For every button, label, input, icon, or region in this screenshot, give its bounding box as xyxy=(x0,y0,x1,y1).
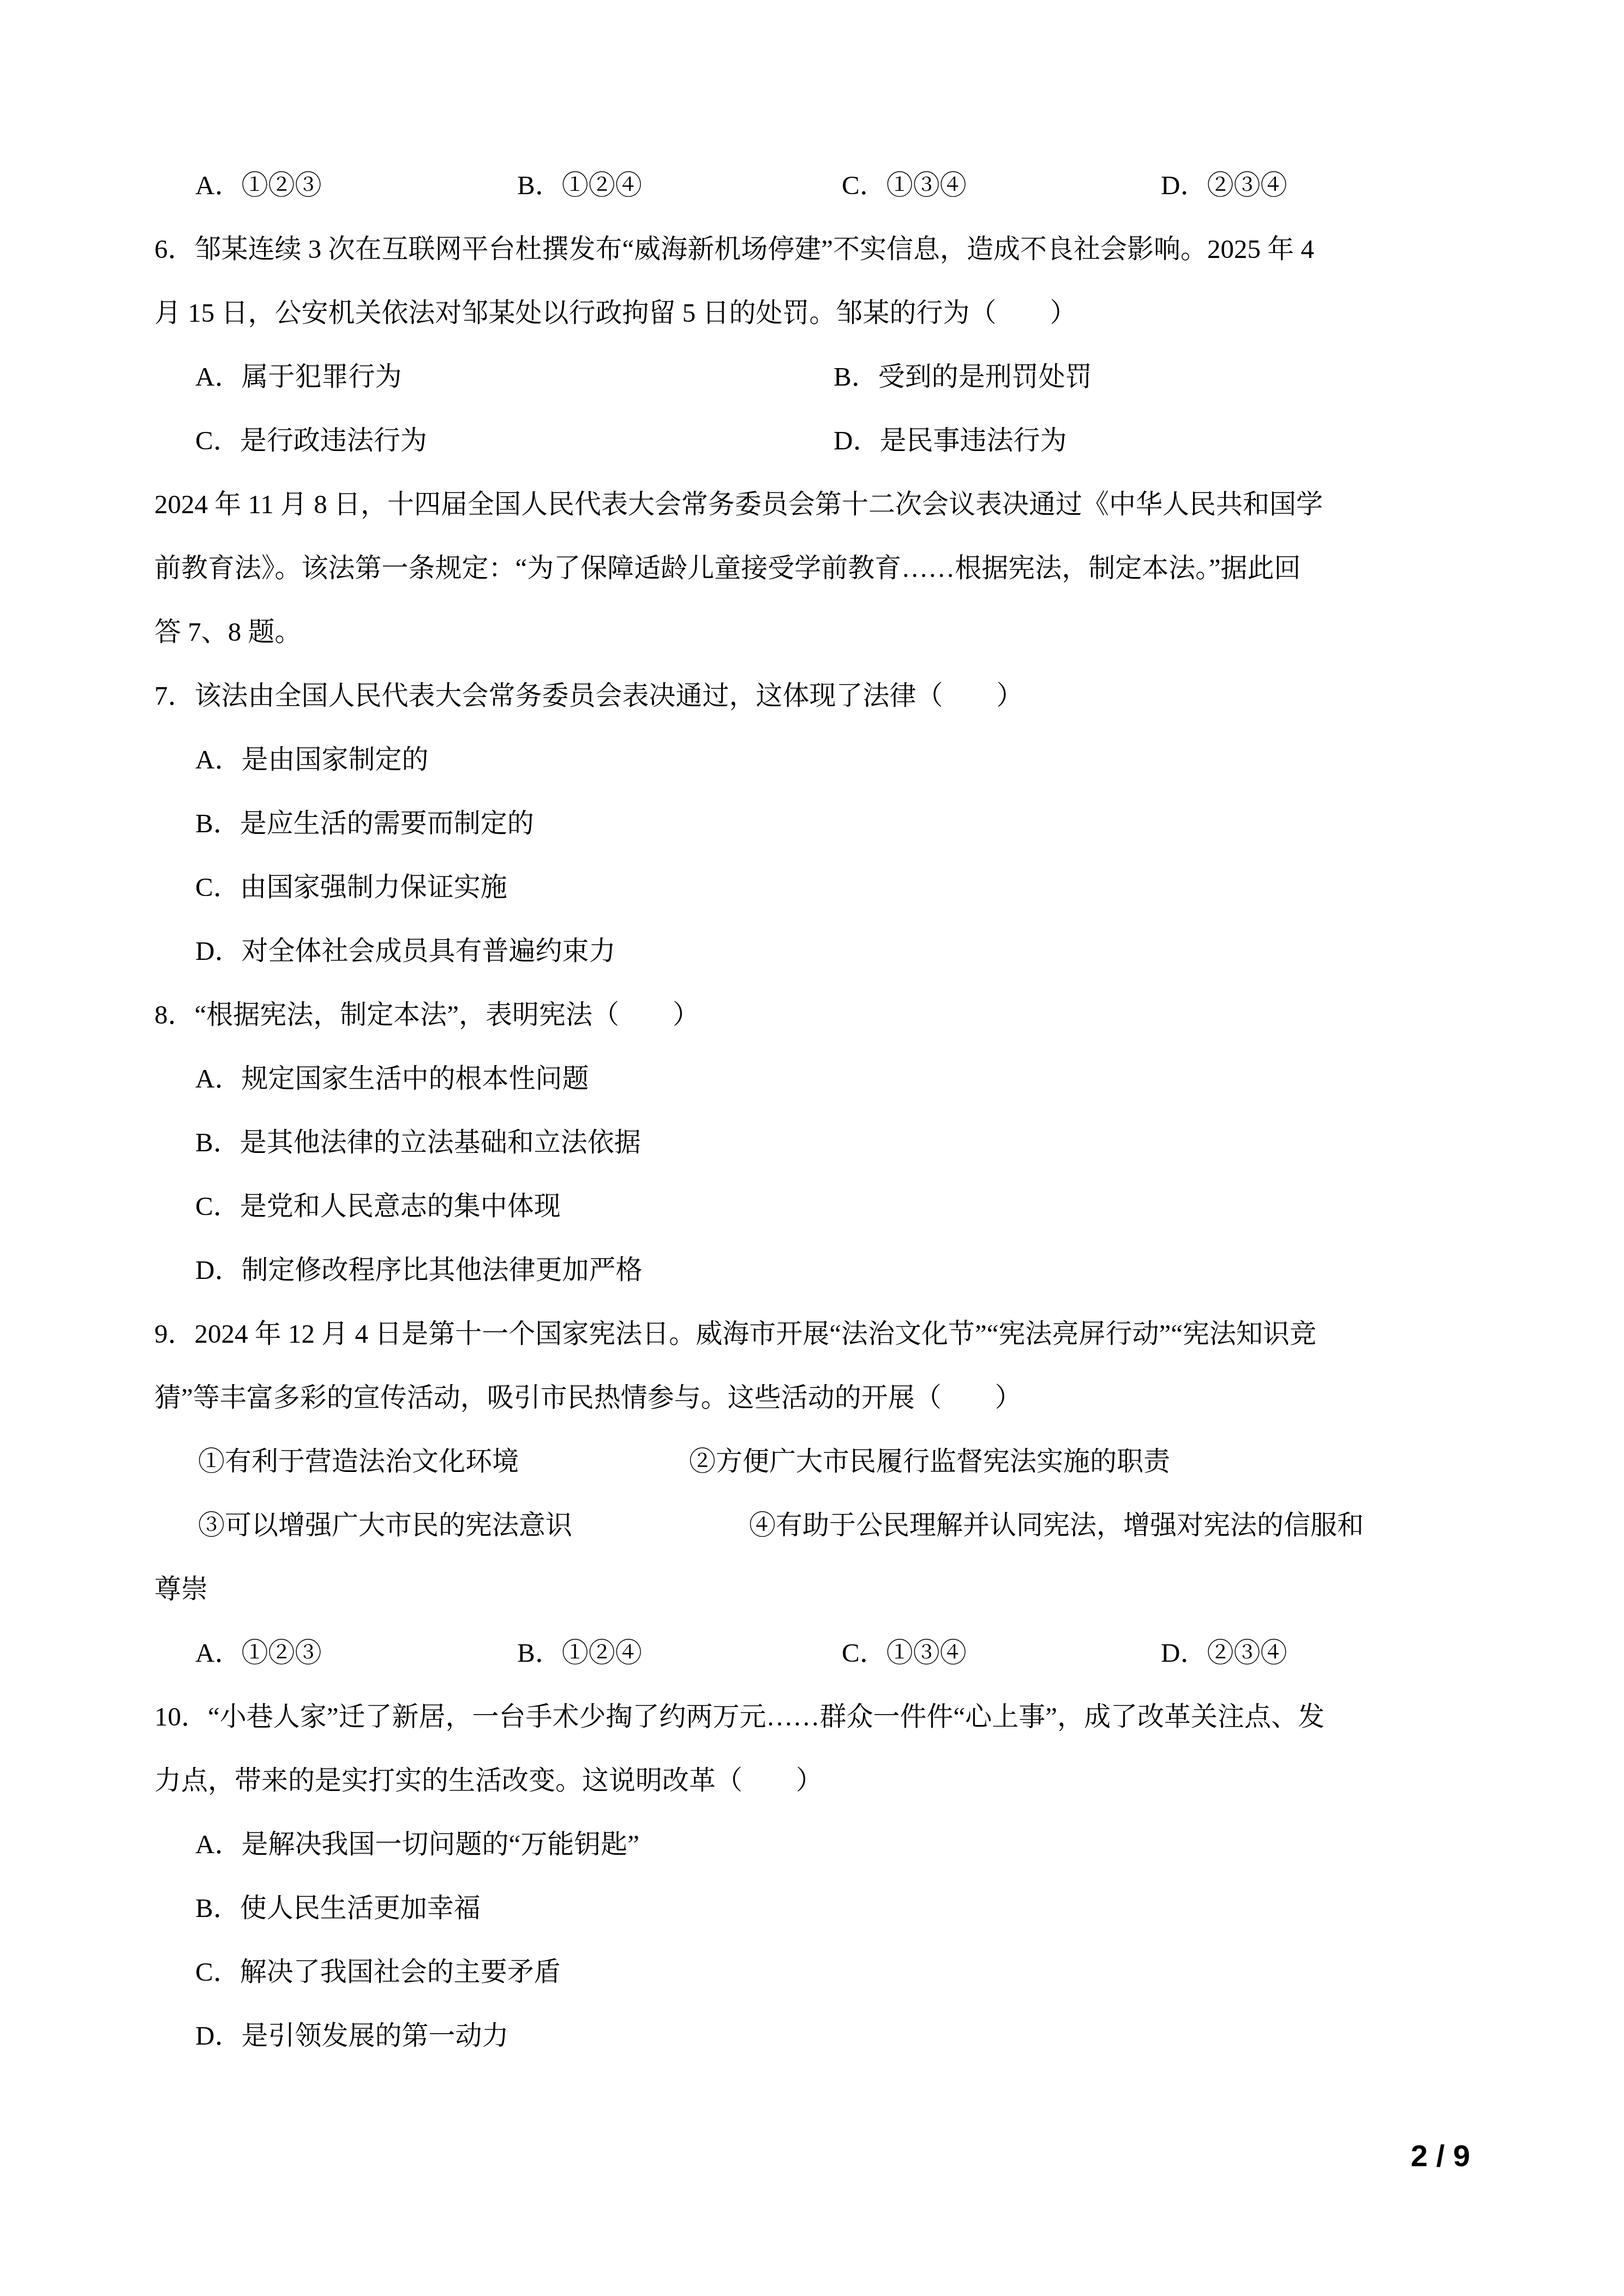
q10-option-row-c: C．解决了我国社会的主要矛盾 xyxy=(154,1940,1496,2004)
q7-option-b: B．是应生活的需要而制定的 xyxy=(195,791,534,855)
q10-stem-line1: 10．“小巷人家”迁了新居，一台手术少掏了约两万元……群众一件件“心上事”，成了… xyxy=(154,1685,1496,1748)
q8-stem: 8．“根据宪法，制定本法”，表明宪法（ ） xyxy=(154,983,1496,1047)
q9-item-2: ②方便广大市民履行监督宪法实施的职责 xyxy=(689,1429,1170,1493)
q7-stem: 7．该法由全国人民代表大会常务委员会表决通过，这体现了法律（ ） xyxy=(154,664,1496,728)
intro-7-8-line1: 2024 年 11 月 8 日，十四届全国人民代表大会常务委员会第十二次会议表决… xyxy=(154,472,1496,536)
q6-option-c: C．是行政违法行为 xyxy=(195,408,427,472)
q5-option-a: A．①②③ xyxy=(195,153,321,217)
q9-stem-text1: 9．2024 年 12 月 4 日是第十一个国家宪法日。威海市开展“法治文化节”… xyxy=(154,1319,1316,1349)
q9-stem-line2: 猜”等丰富多彩的宣传活动，吸引市民热情参与。这些活动的开展（ ） xyxy=(154,1366,1496,1429)
q6-options-row1: A．属于犯罪行为 B．受到的是刑罚处罚 xyxy=(154,345,1496,408)
q10-option-b: B．使人民生活更加幸福 xyxy=(195,1876,481,1940)
exam-page: { "colors": { "text": "#000000", "backgr… xyxy=(0,0,1624,2296)
q9-stem-text2: 猜”等丰富多彩的宣传活动，吸引市民热情参与。这些活动的开展（ ） xyxy=(154,1383,1022,1413)
q7-option-row-b: B．是应生活的需要而制定的 xyxy=(154,791,1496,855)
q10-stem-text2: 力点，带来的是实打实的生活改变。这说明改革（ ） xyxy=(154,1765,823,1795)
q10-option-row-a: A．是解决我国一切问题的“万能钥匙” xyxy=(154,1812,1496,1876)
q9-options-row: A．①②③ B．①②④ C．①③④ D．②③④ xyxy=(154,1621,1496,1685)
q8-option-b: B．是其他法律的立法基础和立法依据 xyxy=(195,1110,641,1174)
q9-option-a: A．①②③ xyxy=(195,1621,321,1685)
q6-stem-text2: 月 15 日，公安机关依法对邹某处以行政拘留 5 日的处罚。邹某的行为（ ） xyxy=(154,298,1077,328)
q7-option-d: D．对全体社会成员具有普遍约束力 xyxy=(195,919,615,983)
q10-stem-text1: 10．“小巷人家”迁了新居，一台手术少掏了约两万元……群众一件件“心上事”，成了… xyxy=(154,1702,1325,1732)
q6-stem-text1: 6．邹某连续 3 次在互联网平台杜撰发布“威海新机场停建”不实信息，造成不良社会… xyxy=(154,234,1314,264)
q9-option-b: B．①②④ xyxy=(517,1621,642,1685)
q5-option-d: D．②③④ xyxy=(1161,153,1287,217)
q5-option-c: C．①③④ xyxy=(842,153,967,217)
q9-stem-line1: 9．2024 年 12 月 4 日是第十一个国家宪法日。威海市开展“法治文化节”… xyxy=(154,1302,1496,1366)
q10-option-d: D．是引领发展的第一动力 xyxy=(195,2004,508,2067)
q10-option-row-d: D．是引领发展的第一动力 xyxy=(154,2004,1496,2067)
q9-items-row2: ③可以增强广大市民的宪法意识 ④有助于公民理解并认同宪法，增强对宪法的信服和 xyxy=(154,1493,1496,1557)
q9-option-c: C．①③④ xyxy=(842,1621,967,1685)
q7-stem-text: 7．该法由全国人民代表大会常务委员会表决通过，这体现了法律（ ） xyxy=(154,681,1023,711)
intro-7-8-line2: 前教育法》。该法第一条规定：“为了保障适龄儿童接受学前教育……根据宪法，制定本法… xyxy=(154,536,1496,600)
q6-options-row2: C．是行政违法行为 D．是民事违法行为 xyxy=(154,408,1496,472)
q7-option-row-a: A．是由国家制定的 xyxy=(154,728,1496,791)
q9-item-4: ④有助于公民理解并认同宪法，增强对宪法的信服和 xyxy=(749,1493,1364,1557)
intro-7-8-text2: 前教育法》。该法第一条规定：“为了保障适龄儿童接受学前教育……根据宪法，制定本法… xyxy=(154,553,1301,583)
q9-item-4-continuation-text: 尊崇 xyxy=(154,1574,208,1604)
q6-stem-line1: 6．邹某连续 3 次在互联网平台杜撰发布“威海新机场停建”不实信息，造成不良社会… xyxy=(154,217,1496,281)
questions-area: A．①②③ B．①②④ C．①③④ D．②③④ 6．邹某连续 3 次在互联网平台… xyxy=(154,153,1496,2067)
q8-option-a: A．规定国家生活中的根本性问题 xyxy=(195,1047,589,1110)
q8-option-row-b: B．是其他法律的立法基础和立法依据 xyxy=(154,1110,1496,1174)
q8-option-row-c: C．是党和人民意志的集中体现 xyxy=(154,1174,1496,1238)
page-number: 2 / 9 xyxy=(1411,2138,1470,2173)
q9-items-row1: ①有利于营造法治文化环境 ②方便广大市民履行监督宪法实施的职责 xyxy=(154,1429,1496,1493)
q6-option-d: D．是民事违法行为 xyxy=(834,408,1066,472)
q10-option-row-b: B．使人民生活更加幸福 xyxy=(154,1876,1496,1940)
q8-option-row-d: D．制定修改程序比其他法律更加严格 xyxy=(154,1238,1496,1302)
q8-option-row-a: A．规定国家生活中的根本性问题 xyxy=(154,1047,1496,1110)
q9-item-1: ①有利于营造法治文化环境 xyxy=(198,1429,519,1493)
page-footer: 2 / 9 xyxy=(1411,2138,1470,2173)
intro-7-8-line3: 答 7、8 题。 xyxy=(154,600,1496,664)
q5-option-b: B．①②④ xyxy=(517,153,642,217)
intro-7-8-text3: 答 7、8 题。 xyxy=(154,617,302,647)
q6-option-b: B．受到的是刑罚处罚 xyxy=(834,345,1092,408)
q9-item-4-continuation: 尊崇 xyxy=(154,1557,1496,1621)
q8-stem-text: 8．“根据宪法，制定本法”，表明宪法（ ） xyxy=(154,1000,699,1030)
q6-stem-line2: 月 15 日，公安机关依法对邹某处以行政拘留 5 日的处罚。邹某的行为（ ） xyxy=(154,281,1496,345)
q10-option-a: A．是解决我国一切问题的“万能钥匙” xyxy=(195,1812,639,1876)
intro-7-8-text1: 2024 年 11 月 8 日，十四届全国人民代表大会常务委员会第十二次会议表决… xyxy=(154,489,1323,519)
q10-option-c: C．解决了我国社会的主要矛盾 xyxy=(195,1940,561,2004)
q8-option-c: C．是党和人民意志的集中体现 xyxy=(195,1174,561,1238)
q9-item-3: ③可以增强广大市民的宪法意识 xyxy=(198,1493,572,1557)
q7-option-row-c: C．由国家强制力保证实施 xyxy=(154,855,1496,919)
q7-option-a: A．是由国家制定的 xyxy=(195,728,428,791)
q7-option-c: C．由国家强制力保证实施 xyxy=(195,855,507,919)
q5-options-row: A．①②③ B．①②④ C．①③④ D．②③④ xyxy=(154,153,1496,217)
q8-option-d: D．制定修改程序比其他法律更加严格 xyxy=(195,1238,642,1302)
q6-option-a: A．属于犯罪行为 xyxy=(195,345,401,408)
q10-stem-line2: 力点，带来的是实打实的生活改变。这说明改革（ ） xyxy=(154,1748,1496,1812)
q9-option-d: D．②③④ xyxy=(1161,1621,1287,1685)
q7-option-row-d: D．对全体社会成员具有普遍约束力 xyxy=(154,919,1496,983)
